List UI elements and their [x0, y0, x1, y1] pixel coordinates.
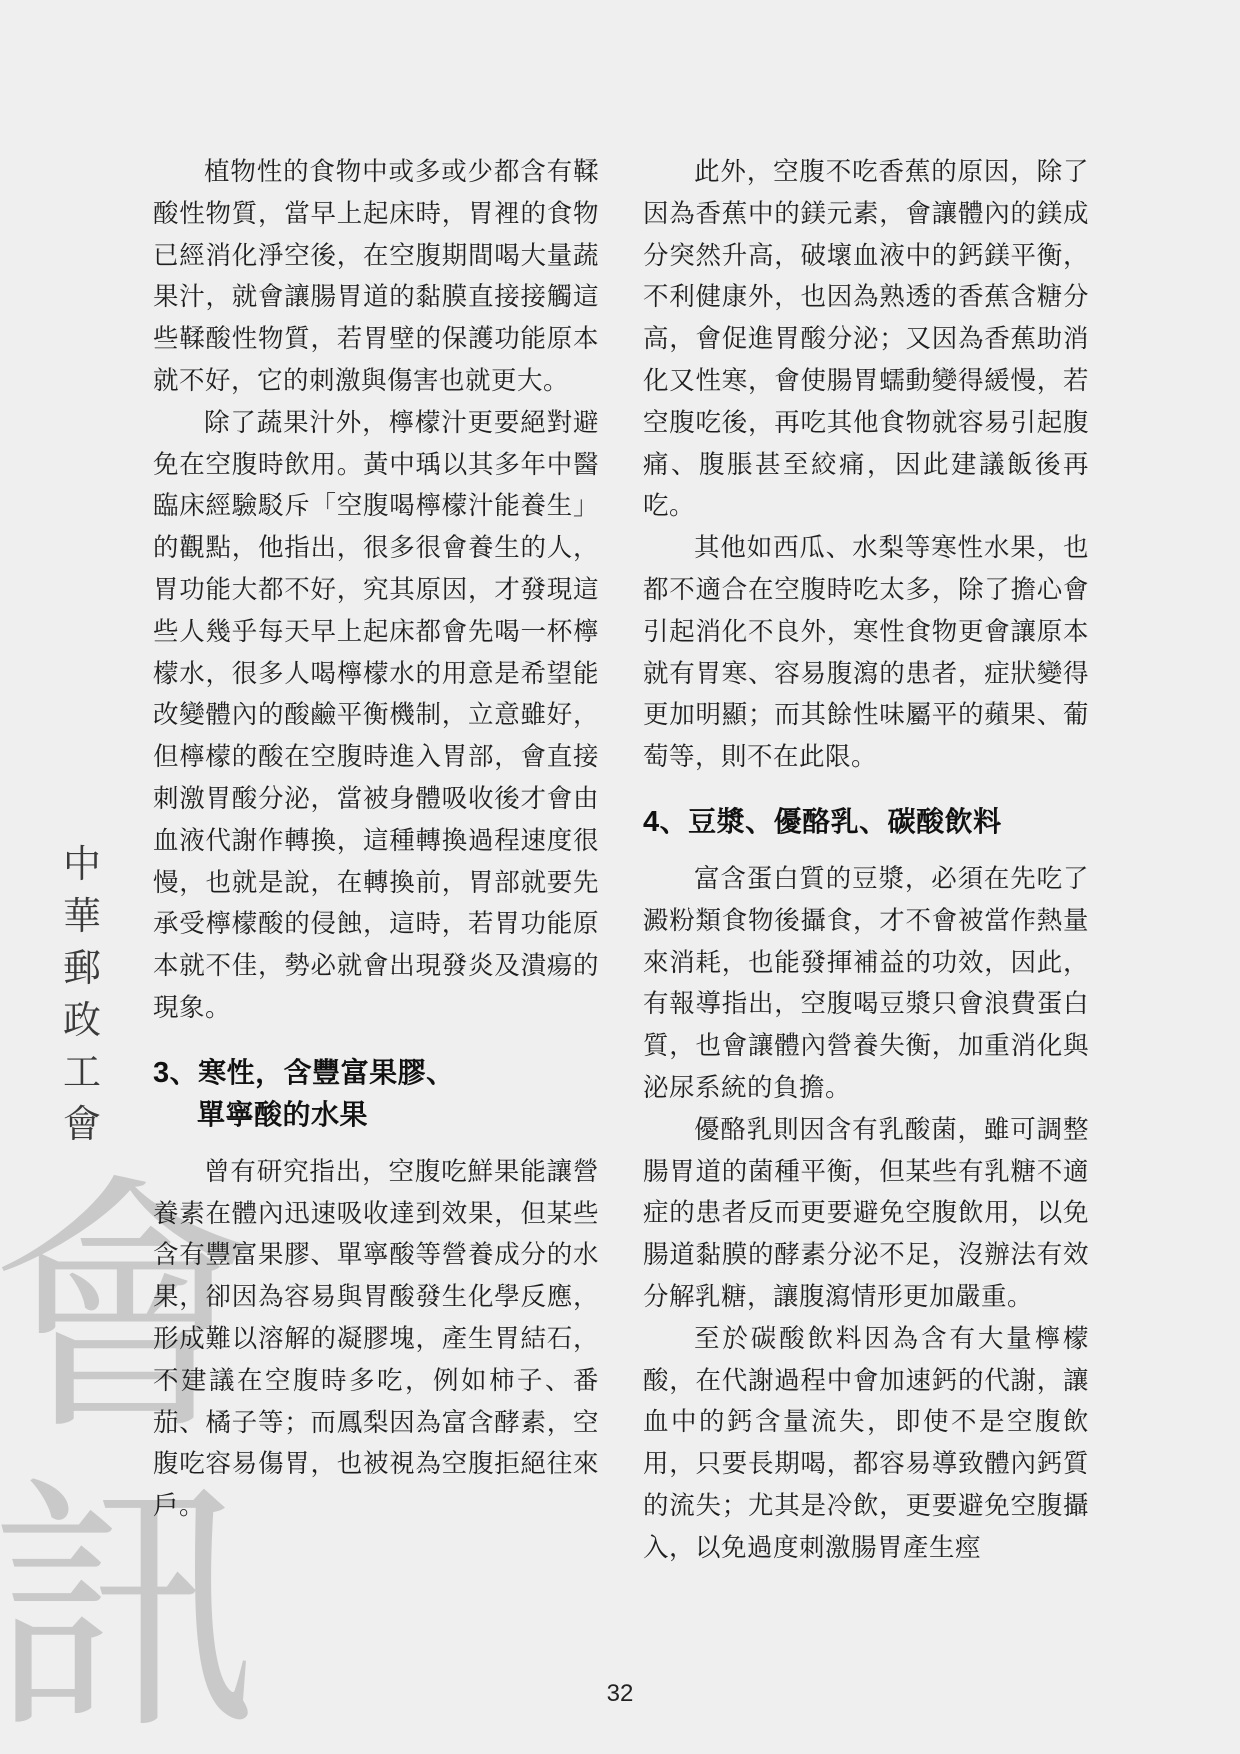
paragraph: 優酪乳則因含有乳酸菌，雖可調整腸胃道的菌種平衡，但某些有乳糖不適症的患者反而更要… [643, 1110, 1089, 1319]
section-heading-4: 4、豆漿、優酪乳、碳酸飲料 [643, 801, 1089, 843]
paragraph: 此外，空腹不吃香蕉的原因，除了因為香蕉中的鎂元素，會讓體內的鎂成分突然升高，破壞… [643, 152, 1089, 528]
right-column: 此外，空腹不吃香蕉的原因，除了因為香蕉中的鎂元素，會讓體內的鎂成分突然升高，破壞… [643, 152, 1089, 1570]
paragraph: 富含蛋白質的豆漿，必須在先吃了澱粉類食物後攝食，才不會被當作熱量來消耗，也能發揮… [643, 859, 1089, 1110]
paragraph: 植物性的食物中或多或少都含有鞣酸性物質，當早上起床時，胃裡的食物已經消化淨空後，… [153, 152, 599, 403]
paragraph: 其他如西瓜、水梨等寒性水果，也都不適合在空腹時吃太多，除了擔心會引起消化不良外，… [643, 528, 1089, 779]
heading-line-1: 、寒性，含豐富果膠、 [170, 1057, 455, 1088]
side-title-char: 中 [62, 838, 102, 890]
section-heading-3: 3、寒性，含豐富果膠、 單寧酸的水果 [153, 1052, 599, 1136]
paragraph: 除了蔬果汁外，檸檬汁更要絕對避免在空腹時飲用。黃中瑀以其多年中醫臨床經驗駁斥「空… [153, 403, 599, 1030]
left-column: 植物性的食物中或多或少都含有鞣酸性物質，當早上起床時，胃裡的食物已經消化淨空後，… [153, 152, 599, 1528]
heading-number: 3 [153, 1057, 170, 1089]
side-title-char: 會 [62, 1098, 102, 1150]
heading-line-2: 單寧酸的水果 [153, 1094, 599, 1136]
heading-number: 4 [643, 806, 660, 838]
heading-text: 、豆漿、優酪乳、碳酸飲料 [660, 806, 1002, 837]
side-title-char: 工 [62, 1046, 102, 1098]
paragraph: 至於碳酸飲料因為含有大量檸檬酸，在代謝過程中會加速鈣的代謝，讓血中的鈣含量流失，… [643, 1319, 1089, 1570]
paragraph: 曾有研究指出，空腹吃鮮果能讓營養素在體內迅速吸收達到效果，但某些含有豐富果膠、單… [153, 1152, 599, 1528]
side-title-char: 政 [62, 994, 102, 1046]
page-number: 32 [0, 1680, 1240, 1708]
side-title-char: 郵 [62, 942, 102, 994]
union-name-vertical: 中 華 郵 政 工 會 [62, 838, 102, 1150]
side-title-char: 華 [62, 890, 102, 942]
